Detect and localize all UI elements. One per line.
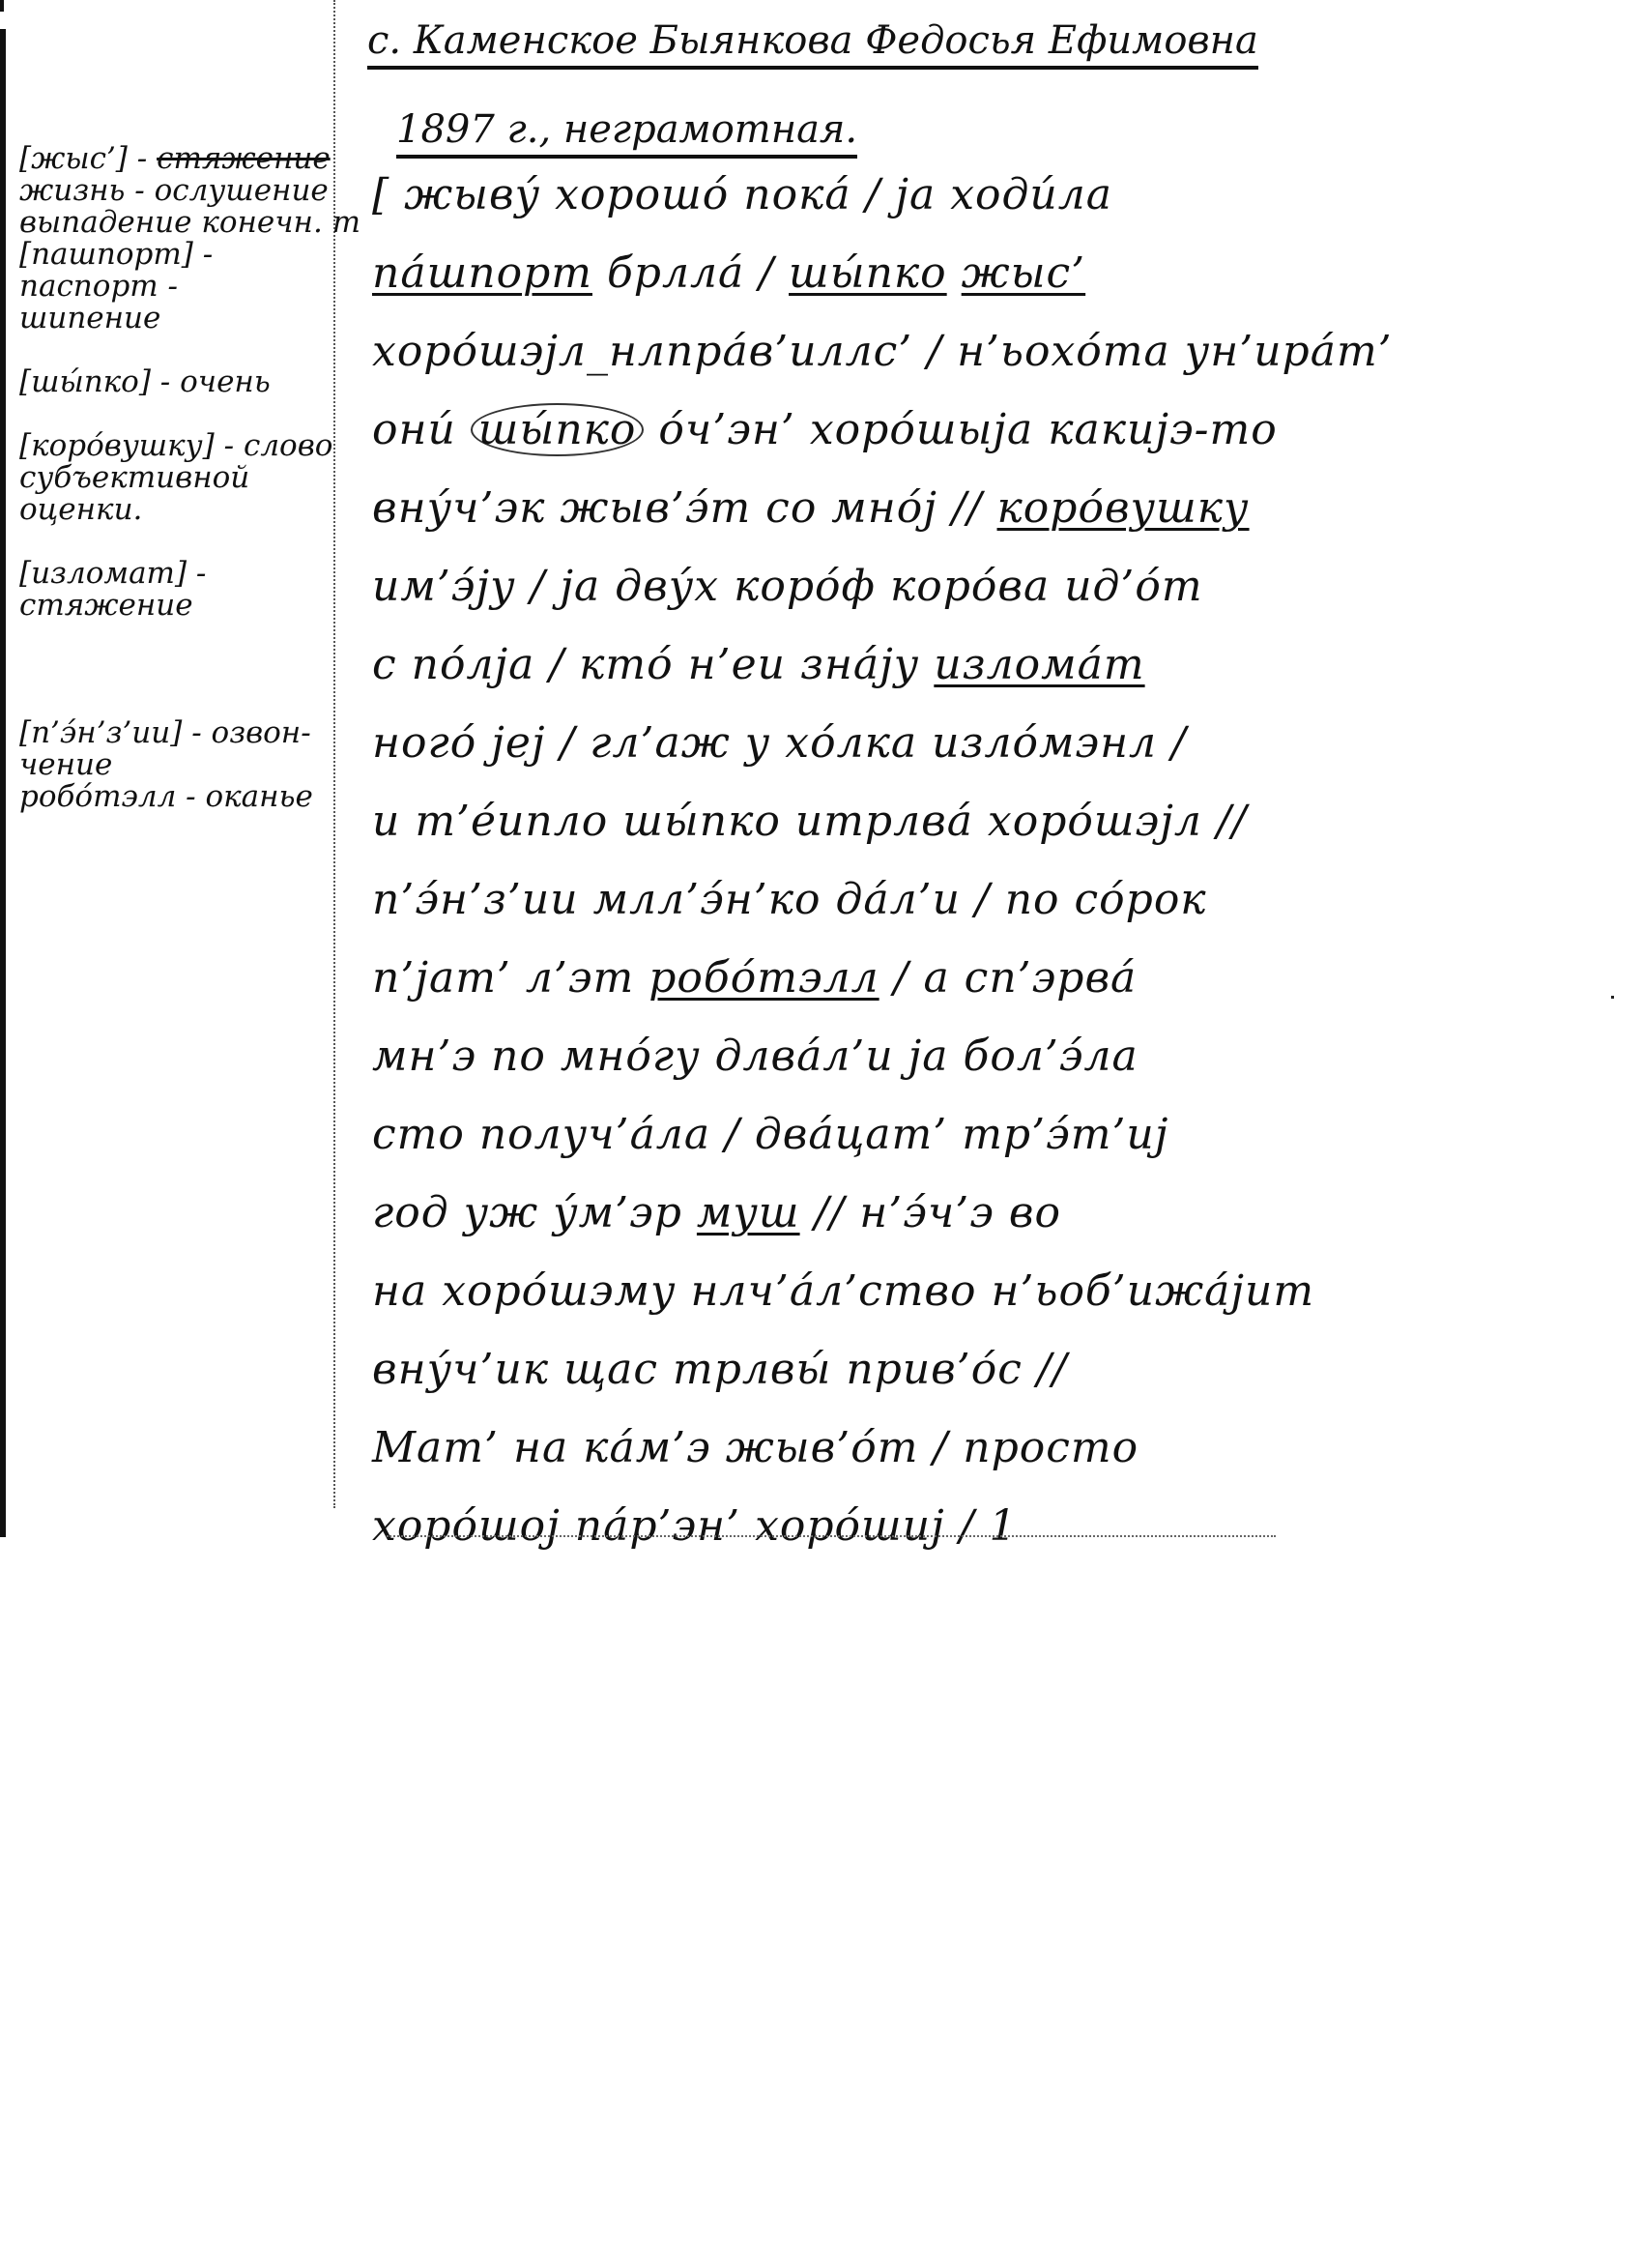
note-term: [пашпорт] (19, 237, 193, 272)
transcription-line: им’э́jу / jа дву́х коро́ф коро́ва ид’о́т (372, 556, 1290, 634)
note-gloss: паспорт - (19, 269, 178, 304)
note-gloss: слово (244, 428, 332, 463)
line-text: они́ (372, 405, 471, 454)
underlined-term: коро́вушку (997, 483, 1250, 533)
note-gloss: робо́тэлл - оканье (19, 779, 313, 814)
transcription-line: на хоро́шэму нлч’а́л’ство н’ьоб’ижа́jит (372, 1261, 1290, 1339)
margin-note (19, 654, 338, 685)
margin-note: чение (19, 749, 338, 781)
line-text: о́ч’эн’ хоро́шыjа какиjэ-то (644, 405, 1277, 454)
line-text: и т’е́ипло шы́пко итрлва́ хоро́шэjл // (372, 797, 1248, 846)
end-rule (387, 1535, 1276, 1537)
note-term: [жыс’] (19, 141, 128, 176)
margin-note: шипение (19, 303, 338, 334)
line-text: год уж у́м’эр (372, 1188, 697, 1237)
margin-note: выпадение конечн. т (19, 207, 338, 239)
line-text: на хоро́шэму нлч’а́л’ство н’ьоб’ижа́jит (372, 1266, 1314, 1316)
line-text: / а сп’эрва́ (879, 953, 1138, 1003)
transcription-line: и т’е́ипло шы́пко итрлва́ хоро́шэjл // (372, 791, 1290, 869)
line-text: хоро́шоj па́р’эн’ хоро́шиj / 1 (372, 1501, 1018, 1551)
underlined-term: муш (697, 1188, 800, 1237)
note-gloss: очень (180, 364, 271, 399)
margin-note (19, 398, 338, 430)
transcription-line: они́ шы́пко о́ч’эн’ хоро́шыjа какиjэ-то (372, 399, 1290, 478)
line-text: // н’э́ч’э во (800, 1188, 1061, 1237)
transcription-body: [ жыву́ хорошо́ пока́ / jа ходи́лапа́шпо… (372, 164, 1290, 1574)
note-gloss: субъективной (19, 460, 249, 495)
header-informant-line: с. Каменское Быянкова Федосья Ефимовна (367, 19, 1258, 70)
note-separator: - (151, 364, 180, 399)
note-gloss: жизнь - ослушение (19, 173, 329, 208)
note-term: [изломат] (19, 556, 187, 591)
transcription-line: с по́лjа / кто́ н’еи зна́jу излома́т (372, 634, 1290, 712)
margin-note (19, 685, 338, 717)
margin-note (19, 622, 338, 654)
line-text: Мат’ на ка́м’э жыв’о́т / просто (372, 1423, 1139, 1472)
underlined-term: робо́тэлл (649, 953, 879, 1003)
note-gloss: выпадение конечн. т (19, 205, 360, 240)
underlined-term: излома́т (934, 640, 1144, 689)
line-text: с по́лjа / кто́ н’еи зна́jу (372, 640, 934, 689)
line-text: хоро́шэjл_нлпра́в’иллс’ / н’ьохо́та ун’и… (372, 327, 1393, 376)
line-text: ного́ jеj / гл’аж у хо́лка изло́мэнл / (372, 718, 1187, 768)
transcription-line: год уж у́м’эр муш // н’э́ч’э во (372, 1182, 1290, 1261)
margin-note: робо́тэлл - оканье (19, 781, 338, 813)
scan-left-edge (0, 29, 6, 1537)
note-term: [п’э́н’з’ии] (19, 715, 182, 750)
transcription-line: сто получ’а́ла / два́цат’ тр’э́т’иj (372, 1104, 1290, 1182)
margin-note: [жыс’] - стяжение (19, 143, 338, 175)
note-gloss: стяжение (19, 588, 193, 623)
transcription-line: па́шпорт брлла́ / шы́пко жыс’ (372, 243, 1290, 321)
transcription-line: ного́ jеj / гл’аж у хо́лка изло́мэнл / (372, 712, 1290, 791)
note-gloss: озвон- (212, 715, 311, 750)
note-gloss-struck: стяжение (157, 141, 331, 176)
line-text (947, 248, 962, 298)
margin-note: [п’э́н’з’ии] - озвон- (19, 717, 338, 749)
transcription-line: [ жыву́ хорошо́ пока́ / jа ходи́ла (372, 164, 1290, 243)
note-separator: - (128, 141, 157, 176)
margin-note: [коро́вушку] - слово (19, 430, 338, 462)
margin-note (19, 526, 338, 558)
transcription-line: п’jат’ л’эт робо́тэлл / а сп’эрва́ (372, 947, 1290, 1026)
line-text: п’jат’ л’эт (372, 953, 649, 1003)
margin-note: [пашпорт] - (19, 239, 338, 271)
line-text: [ жыву́ хорошо́ пока́ / jа ходи́ла (372, 170, 1112, 219)
margin-note: [шы́пко] - очень (19, 366, 338, 398)
header-year-line: 1897 г., неграмотная. (396, 108, 857, 159)
note-term: [коро́вушку] (19, 428, 215, 463)
note-separator: - (215, 428, 244, 463)
line-text: брлла́ / (592, 248, 789, 298)
margin-notes: [жыс’] - стяжениежизнь - ослушениевыпаде… (19, 143, 338, 813)
line-text: п’э́н’з’ии млл’э́н’ко да́л’и / по со́рок (372, 875, 1207, 924)
note-term: [шы́пко] (19, 364, 151, 399)
note-gloss: чение (19, 747, 112, 782)
underlined-term: шы́пко (789, 248, 947, 298)
transcription-line: Мат’ на ка́м’э жыв’о́т / просто (372, 1417, 1290, 1496)
margin-note (19, 334, 338, 366)
transcription-line: мн’э по мно́гу длва́л’и jа бол’э́ла (372, 1026, 1290, 1104)
line-text: вну́ч’эк жыв’э́т со мно́j // (372, 483, 997, 533)
margin-note: жизнь - ослушение (19, 175, 338, 207)
margin-note: оценки. (19, 494, 338, 526)
scan-edge-corner (0, 0, 4, 12)
line-text: им’э́jу / jа дву́х коро́ф коро́ва ид’о́т (372, 562, 1203, 611)
transcription-line: п’э́н’з’ии млл’э́н’ко да́л’и / по со́рок (372, 869, 1290, 947)
underlined-term: жыс’ (962, 248, 1085, 298)
margin-note: паспорт - (19, 271, 338, 303)
underlined-term: па́шпорт (372, 248, 592, 298)
note-separator: - (193, 237, 213, 272)
transcription-line: вну́ч’ик щас трлвы́ прив’о́с // (372, 1339, 1290, 1417)
circled-term: шы́пко (471, 403, 645, 456)
line-text: сто получ’а́ла / два́цат’ тр’э́т’иj (372, 1110, 1168, 1159)
margin-note: [изломат] - (19, 558, 338, 590)
note-gloss: шипение (19, 301, 160, 335)
note-gloss: оценки. (19, 492, 142, 527)
line-text: мн’э по мно́гу длва́л’и jа бол’э́ла (372, 1032, 1139, 1081)
margin-note: субъективной (19, 462, 338, 494)
note-separator: - (187, 556, 206, 591)
transcription-line: хоро́шэjл_нлпра́в’иллс’ / н’ьохо́та ун’и… (372, 321, 1290, 399)
scan-speck (1611, 996, 1614, 999)
note-separator: - (182, 715, 211, 750)
margin-note: стяжение (19, 590, 338, 622)
line-text: вну́ч’ик щас трлвы́ прив’о́с // (372, 1345, 1068, 1394)
transcription-line: вну́ч’эк жыв’э́т со мно́j // коро́вушку (372, 478, 1290, 556)
